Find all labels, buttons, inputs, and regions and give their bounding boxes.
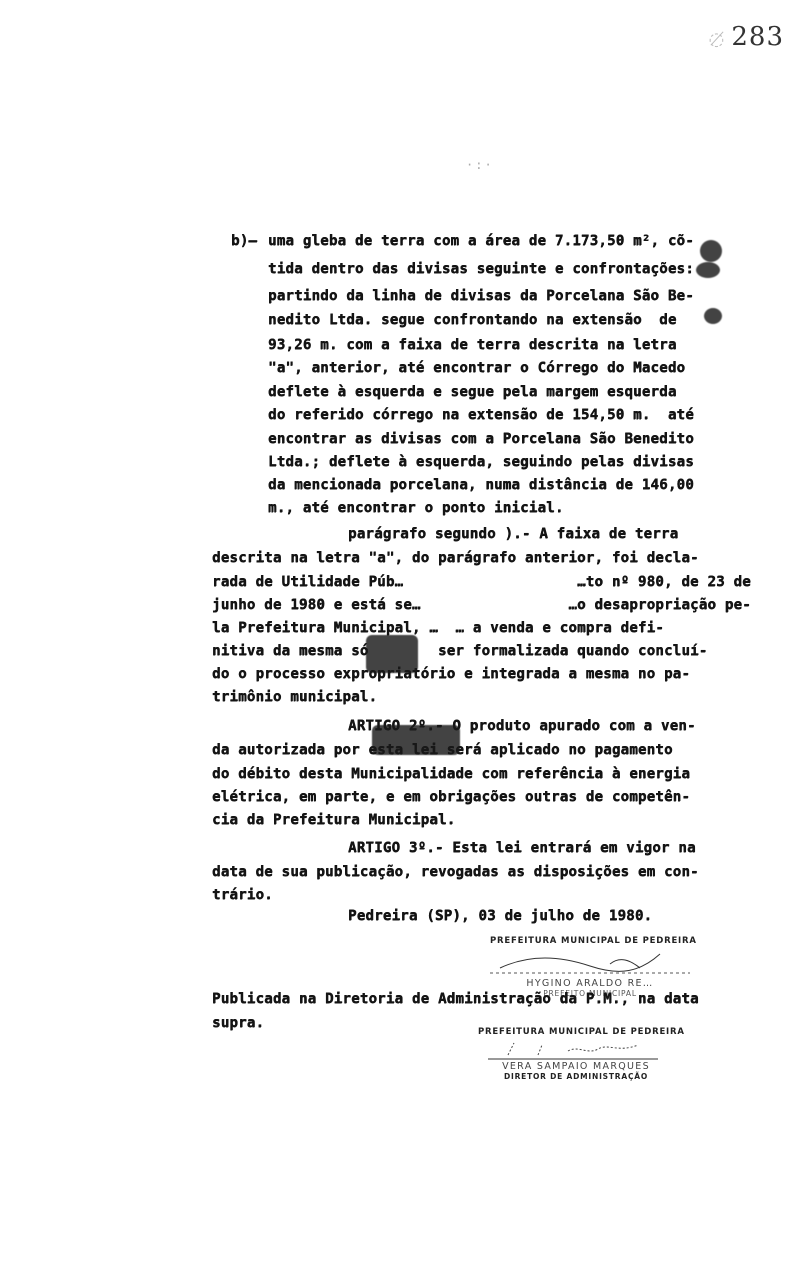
director-stamp-org: PREFEITURA MUNICIPAL DE PEDREIRA (478, 1027, 674, 1037)
mayor-stamp-org: PREFEITURA MUNICIPAL DE PEDREIRA (490, 936, 690, 946)
paragrafo-segundo-line: la Prefeitura Municipal, … … a venda e c… (212, 620, 664, 636)
item-b-line: 93,26 m. com a faixa de terra descrita n… (268, 337, 677, 353)
item-b-line: partindo da linha de divisas da Porcelan… (268, 288, 694, 304)
director-signature-scribble (478, 1037, 674, 1061)
artigo-3-line: trário. (212, 887, 273, 903)
stamp-mark: ◌̸ (709, 29, 726, 50)
published-line: supra. (212, 1015, 264, 1031)
mayor-signature-scribble (490, 946, 690, 978)
scan-speck: ·:· (466, 158, 494, 172)
item-b-line: tida dentro das divisas seguinte e confr… (268, 261, 694, 277)
mayor-signature-stamp: PREFEITURA MUNICIPAL DE PEDREIRA HYGINO … (490, 936, 690, 998)
item-b-line: encontrar as divisas com a Porcelana São… (268, 431, 694, 447)
item-b-line: Ltda.; deflete à esquerda, seguindo pela… (268, 454, 694, 470)
page-number: ◌̸283 (709, 22, 784, 52)
ink-smudge (366, 635, 418, 673)
paragrafo-segundo-line: do o processo expropriatório e integrada… (212, 666, 690, 682)
ink-smudge (372, 725, 460, 755)
ink-smudge (700, 240, 722, 262)
artigo-3-line: data de sua publicação, revogadas as dis… (212, 864, 699, 880)
item-b-line: deflete à esquerda e segue pela margem e… (268, 384, 677, 400)
ink-smudge (696, 262, 720, 278)
paragrafo-segundo-line: rada de Utilidade Púb… …to nº 980, de 23… (212, 574, 751, 590)
page-number-value: 283 (731, 22, 784, 52)
published-line: Publicada na Diretoria de Administração … (212, 991, 699, 1007)
ink-smudge (704, 308, 722, 324)
paragrafo-segundo-line: parágrafo segundo ).- A faixa de terra (348, 526, 678, 542)
item-b-line: nedito Ltda. segue confrontando na exten… (268, 312, 677, 328)
scanned-document-page: ◌̸283 ·:· b)– uma gleba de terra com a á… (0, 0, 800, 1279)
paragrafo-segundo-line: descrita na letra "a", do parágrafo ante… (212, 550, 699, 566)
item-b-label: b)– (231, 233, 257, 249)
artigo-2-line: do débito desta Municipalidade com refer… (212, 766, 690, 782)
paragrafo-segundo-line: nitiva da mesma só ser formalizada quand… (212, 643, 707, 659)
paragrafo-segundo-line: junho de 1980 e está se… …o desapropriaç… (212, 597, 751, 613)
director-name: VERA SAMPAIO MARQUES (478, 1061, 674, 1072)
director-signature-stamp: PREFEITURA MUNICIPAL DE PEDREIRA VERA SA… (478, 1027, 674, 1081)
place-date: Pedreira (SP), 03 de julho de 1980. (348, 908, 652, 924)
artigo-2-line: elétrica, em parte, e em obrigações outr… (212, 789, 690, 805)
item-b-line: uma gleba de terra com a área de 7.173,5… (268, 233, 694, 249)
item-b-line: m., até encontrar o ponto inicial. (268, 500, 564, 516)
item-b-line: "a", anterior, até encontrar o Córrego d… (268, 360, 685, 376)
mayor-name: HYGINO ARALDO RE… (490, 978, 690, 989)
artigo-2-line: cia da Prefeitura Municipal. (212, 812, 455, 828)
item-b-line: da mencionada porcelana, numa distância … (268, 477, 694, 493)
paragrafo-segundo-line: trimônio municipal. (212, 689, 377, 705)
item-b-line: do referido córrego na extensão de 154,5… (268, 407, 694, 423)
artigo-3-line: ARTIGO 3º.- Esta lei entrará em vigor na (348, 840, 696, 856)
director-role: DIRETOR DE ADMINISTRAÇÃO (478, 1072, 674, 1081)
